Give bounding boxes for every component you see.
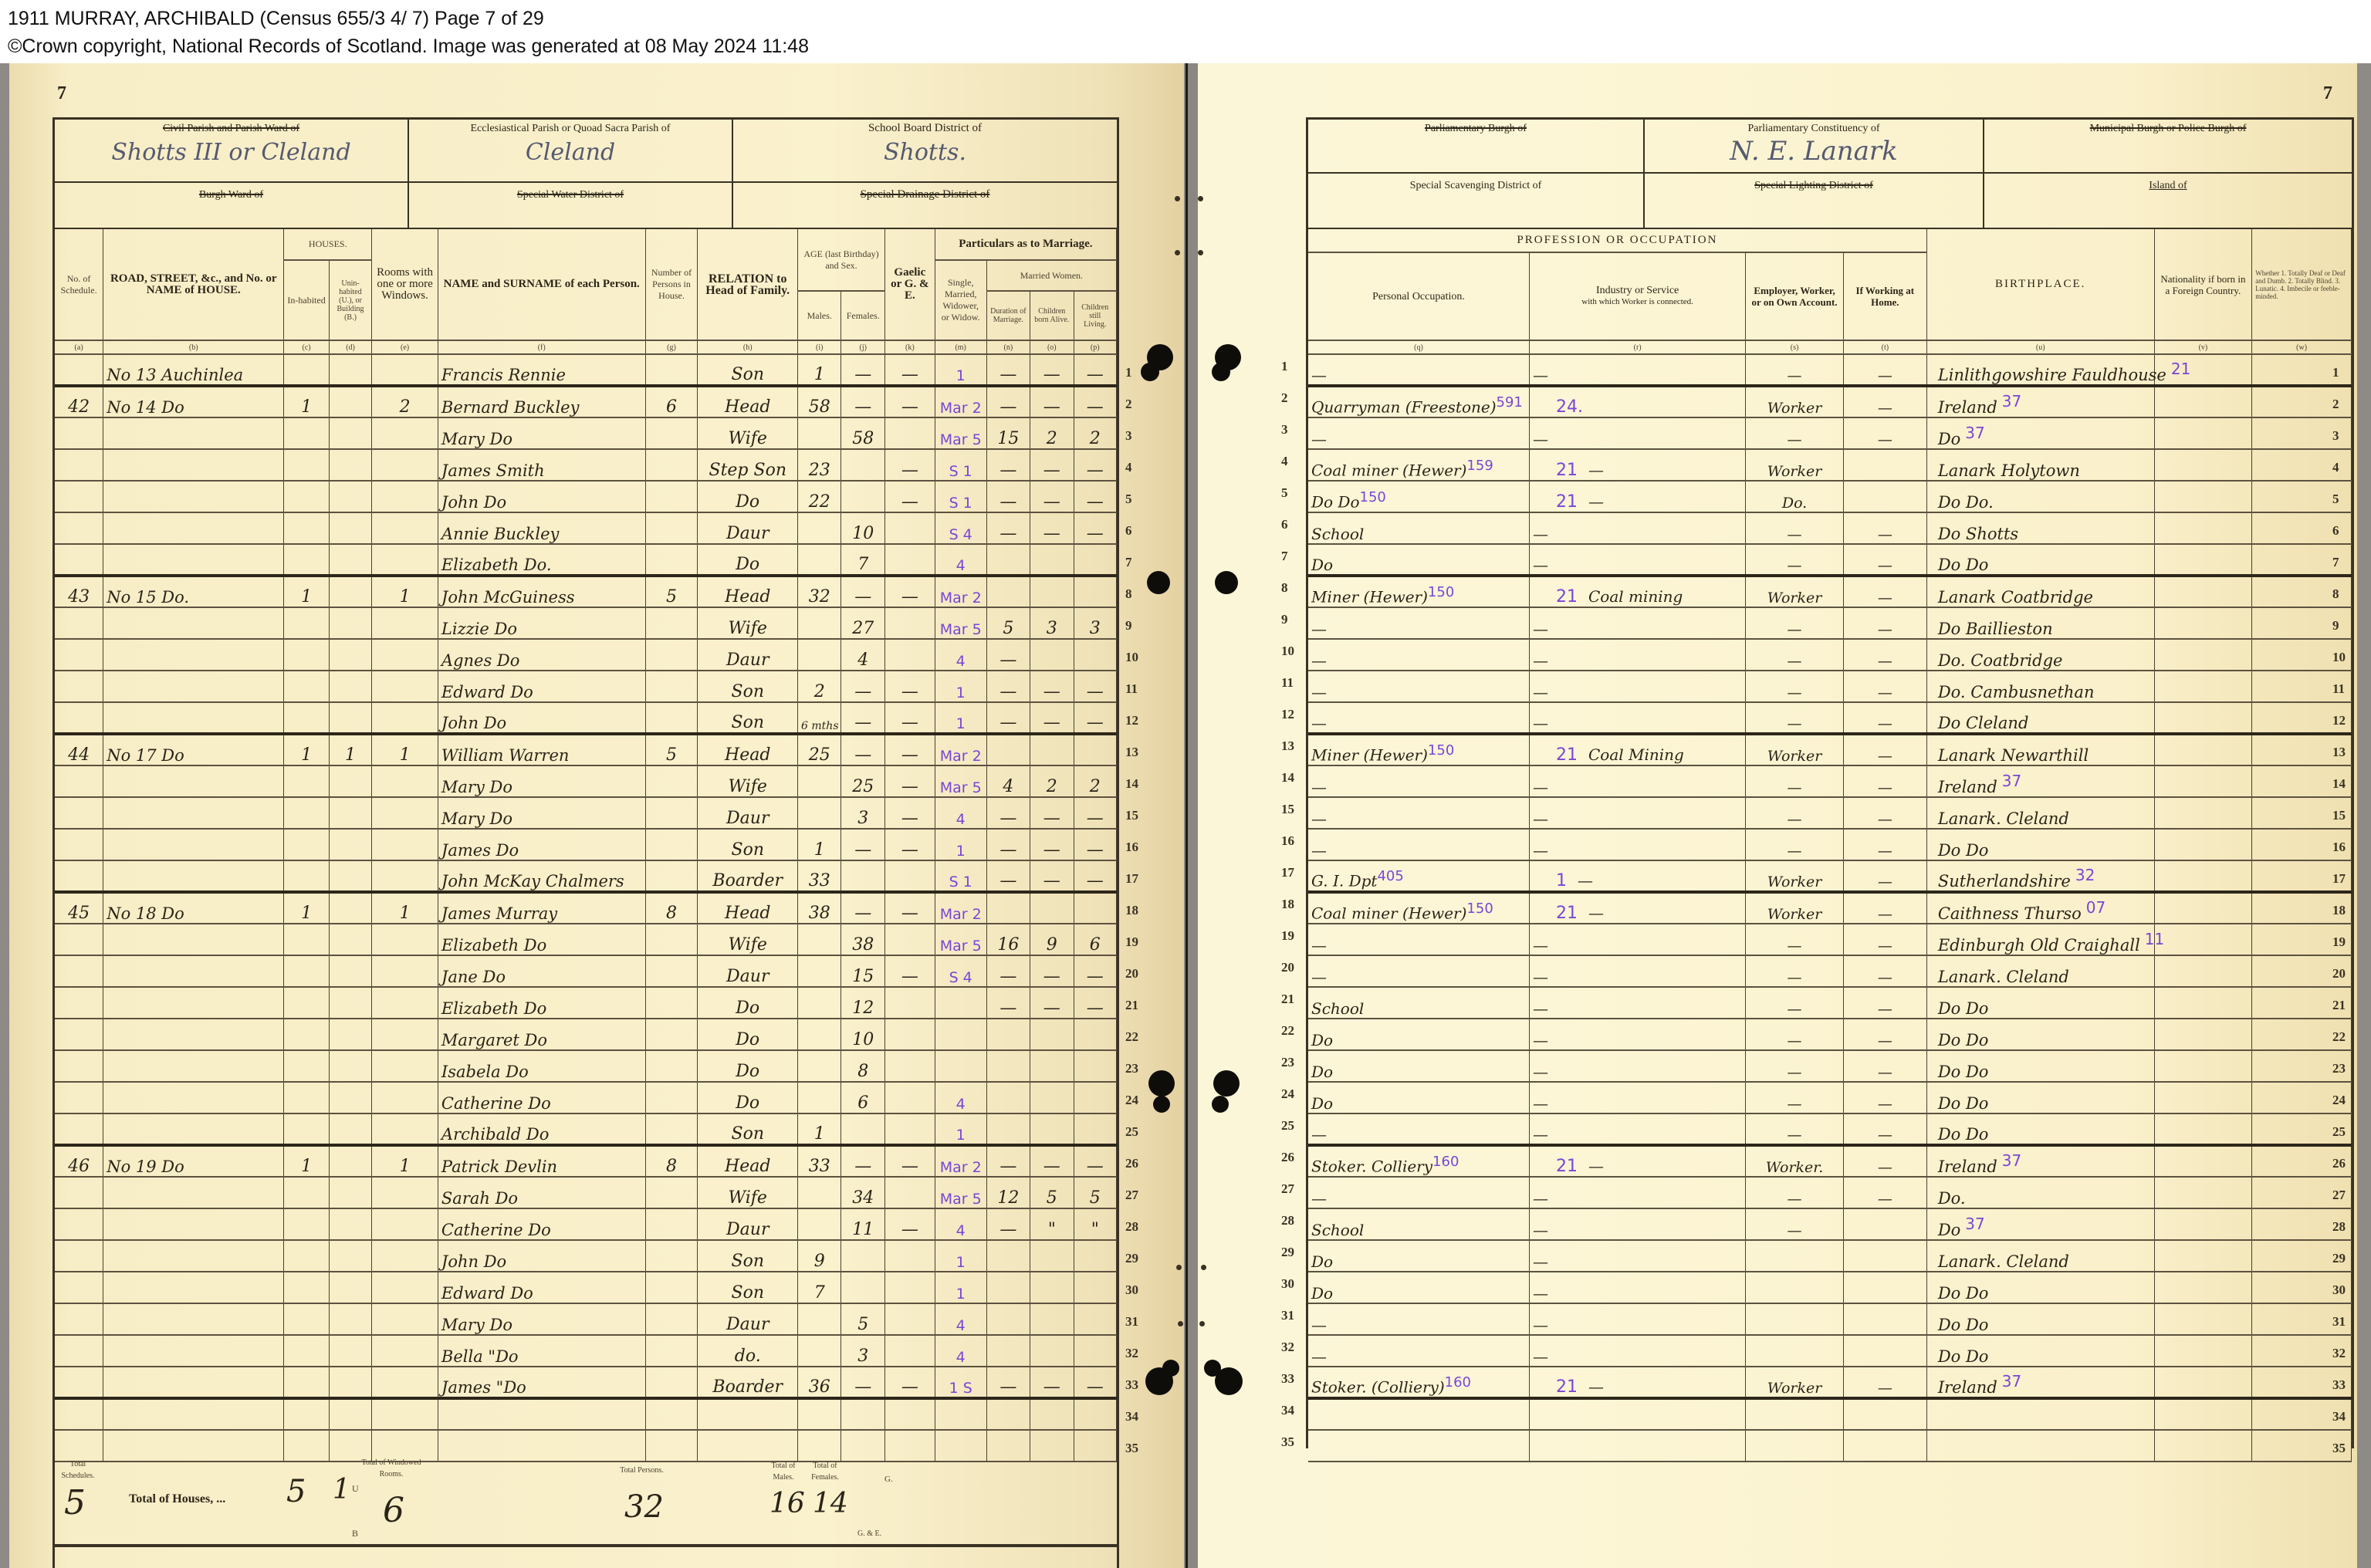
inhabited: [284, 481, 330, 512]
persons-count: [645, 1367, 698, 1398]
marriage-duration: [986, 1398, 1030, 1430]
occupation-row: [1308, 1430, 2352, 1462]
working-at-home: —: [1843, 1177, 1926, 1208]
age-female: 27: [841, 607, 884, 639]
person-name: Mary Do: [438, 797, 645, 829]
persons-count: [645, 955, 698, 987]
children-living: —: [1074, 512, 1117, 544]
working-at-home: —: [1843, 512, 1926, 544]
industry-text: —: [1578, 871, 1593, 890]
row-number: 11: [2332, 681, 2345, 697]
schedule-no: 46: [55, 1145, 103, 1177]
industry-code: 21: [1556, 1377, 1578, 1397]
marriage-duration: —: [986, 829, 1030, 860]
gaelic: —: [884, 797, 935, 829]
age-female: —: [841, 671, 884, 702]
marriage-duration: [986, 576, 1030, 607]
employer-status: —: [1746, 987, 1844, 1019]
industry-code: 21: [1556, 492, 1578, 512]
children-born: —: [1030, 702, 1074, 734]
uninhabited: [329, 354, 371, 386]
employer-status: [1746, 1272, 1844, 1303]
birthplace-text: Do Do: [1938, 1284, 1989, 1303]
inhabited: 1: [284, 576, 330, 607]
schedule-no: [55, 1367, 103, 1398]
address: No 13 Auchinlea: [103, 354, 284, 386]
row-number: 22: [1125, 1029, 1138, 1045]
persons-count: [645, 449, 698, 481]
census-row: 44No 17 Do111William Warren5Head25——Mar …: [55, 734, 1117, 765]
schedule-no: [55, 829, 103, 860]
occupation-text: —: [1311, 683, 1327, 701]
industry: —: [1529, 1177, 1745, 1208]
birthplace-text: Do Do: [1938, 1316, 1989, 1334]
marriage-duration: 4: [986, 765, 1030, 797]
children-born: [1030, 544, 1074, 576]
birthplace: Ireland37: [1926, 765, 2154, 797]
occupation-text: —: [1311, 430, 1327, 448]
row-number-left-margin: 20: [1281, 960, 1294, 975]
census-row: John DoDo22—S 1———: [55, 481, 1117, 512]
island-box: Island of: [1984, 174, 2352, 229]
uninhabited: [329, 1367, 371, 1398]
occupation-text: Stoker. (Colliery): [1311, 1378, 1445, 1397]
row-number-left-margin: 32: [1281, 1340, 1294, 1355]
row-number-left-margin: 5: [1281, 485, 1288, 501]
row-number: 15: [1125, 808, 1138, 823]
row-number: 24: [1125, 1093, 1138, 1108]
parl-constituency-value: N. E. Lanark: [1645, 136, 1983, 167]
age-male: [798, 955, 841, 987]
relation: Daur: [698, 797, 798, 829]
age-female: [841, 1113, 884, 1145]
col-houses: HOUSES.: [284, 229, 372, 260]
inhabited: [284, 639, 330, 671]
birthplace-text: Do Do: [1938, 841, 1989, 860]
marriage-duration: 5: [986, 607, 1030, 639]
col-males: Males.: [798, 291, 841, 340]
census-row: Edward DoSon71: [55, 1272, 1117, 1303]
industry: —: [1529, 1240, 1745, 1272]
birthplace: Do Do: [1926, 829, 2154, 860]
row-number: 17: [2332, 871, 2346, 887]
row-number-left-margin: 1: [1281, 359, 1288, 374]
birthplace-text: Do Do.: [1938, 493, 1994, 512]
children-born: [1030, 1050, 1074, 1082]
children-living: [1074, 1082, 1117, 1113]
uninhabited: [329, 1335, 371, 1367]
birthplace: Do37: [1926, 417, 2154, 449]
address: [103, 924, 284, 955]
children-living: [1074, 1240, 1117, 1272]
working-at-home: [1843, 449, 1926, 481]
row-number: 31: [1125, 1314, 1138, 1330]
occupation-text: School: [1311, 525, 1364, 543]
nationality: [2154, 1019, 2252, 1050]
address: [103, 1019, 284, 1050]
row-number-left-margin: 35: [1281, 1435, 1294, 1450]
inhabited: [284, 1335, 330, 1367]
gaelic: —: [884, 671, 935, 702]
relation: Daur: [698, 639, 798, 671]
working-at-home: —: [1843, 829, 1926, 860]
uninhabited: [329, 576, 371, 607]
col-letter: (s): [1746, 340, 1844, 354]
nationality: [2154, 639, 2252, 671]
row-number: 33: [1125, 1377, 1138, 1393]
census-row: 42No 14 Do12Bernard Buckley6Head58——Mar …: [55, 386, 1117, 417]
nationality: [2154, 607, 2252, 639]
marital-condition: S 4: [935, 512, 986, 544]
personal-occupation: —: [1308, 829, 1529, 860]
row-number: 7: [1125, 555, 1132, 570]
birthplace-code: 11: [2145, 930, 2164, 948]
row-number: 12: [1125, 713, 1138, 728]
age-male: [798, 797, 841, 829]
age-female: 38: [841, 924, 884, 955]
age-male: 32: [798, 576, 841, 607]
right-page: 7 Parliamentary Burgh of Special Scaveng…: [1198, 63, 2357, 1568]
marital-condition: 4: [935, 1082, 986, 1113]
schedule-no: [55, 924, 103, 955]
pin-hole: [1199, 1321, 1205, 1326]
address: No 18 Do: [103, 892, 284, 924]
address: No 14 Do: [103, 386, 284, 417]
address: [103, 1367, 284, 1398]
row-number: 13: [1125, 745, 1138, 760]
row-number-left-margin: 6: [1281, 517, 1288, 532]
row-number-left-margin: 4: [1281, 454, 1288, 469]
marriage-duration: [986, 544, 1030, 576]
rooms: [372, 1367, 438, 1398]
children-living: —: [1074, 955, 1117, 987]
age-male: [798, 1082, 841, 1113]
person-name: Elizabeth Do: [438, 924, 645, 955]
col-letter: (a): [55, 340, 103, 354]
persons-count: [645, 1240, 698, 1272]
occupation-row: Do———Do Do: [1308, 1050, 2352, 1082]
children-born: 5: [1030, 1177, 1074, 1208]
schedule-no: [55, 1177, 103, 1208]
children-living: [1074, 1050, 1117, 1082]
rooms: [372, 544, 438, 576]
row-number: 16: [2332, 840, 2346, 855]
relation: Wife: [698, 417, 798, 449]
row-number: 23: [1125, 1061, 1138, 1076]
row-number: 5: [2332, 492, 2339, 507]
nationality: [2154, 955, 2252, 987]
col-letter: (j): [841, 340, 884, 354]
employer-status: Worker: [1746, 1367, 1844, 1398]
children-living: 2: [1074, 417, 1117, 449]
schedule-no: [55, 544, 103, 576]
birthplace-text: Do Do: [1938, 1031, 1989, 1049]
birthplace: Do Do: [1926, 987, 2154, 1019]
age-female: [841, 860, 884, 892]
children-born: [1030, 1272, 1074, 1303]
marital-condition: S 4: [935, 955, 986, 987]
working-at-home: —: [1843, 607, 1926, 639]
industry-text: —: [1533, 1189, 1548, 1208]
age-male: [798, 417, 841, 449]
row-number: 15: [2332, 808, 2346, 823]
children-born: —: [1030, 354, 1074, 386]
birthplace-text: Ireland: [1938, 1157, 1997, 1176]
children-born: 2: [1030, 417, 1074, 449]
row-number-left-margin: 15: [1281, 802, 1294, 817]
industry-text: —: [1533, 1063, 1548, 1081]
punch-hole: [1162, 1360, 1179, 1377]
row-number-left-margin: 34: [1281, 1403, 1294, 1418]
industry: —: [1529, 987, 1745, 1019]
birthplace-text: Ireland: [1938, 778, 1997, 796]
schedule-no: [55, 1082, 103, 1113]
schedule-no: [55, 449, 103, 481]
census-row: Margaret DoDo10: [55, 1019, 1117, 1050]
children-living: 3: [1074, 607, 1117, 639]
row-number: 25: [1125, 1124, 1138, 1140]
row-number: 20: [1125, 966, 1138, 982]
rooms: 1: [372, 892, 438, 924]
employer-status: Worker: [1746, 860, 1844, 892]
relation: Head: [698, 734, 798, 765]
personal-occupation: School: [1308, 987, 1529, 1019]
children-born: —: [1030, 1367, 1074, 1398]
industry-text: —: [1588, 492, 1604, 511]
row-number: 10: [2332, 650, 2346, 665]
row-number: 25: [2332, 1124, 2346, 1140]
personal-occupation: Do: [1308, 1240, 1529, 1272]
rooms: [372, 417, 438, 449]
row-number-left-margin: 29: [1281, 1245, 1294, 1260]
inhabited: [284, 765, 330, 797]
rooms: [372, 449, 438, 481]
industry: —: [1529, 607, 1745, 639]
industry-text: —: [1588, 1157, 1604, 1175]
age-female: 10: [841, 512, 884, 544]
census-row: James "DoBoarder36——1 S———: [55, 1367, 1117, 1398]
children-living: —: [1074, 829, 1117, 860]
persons-count: [645, 1019, 698, 1050]
rooms: [372, 481, 438, 512]
person-name: John Do: [438, 481, 645, 512]
rooms: [372, 765, 438, 797]
total-males: 16: [769, 1488, 805, 1519]
census-row: Archibald DoSon11: [55, 1113, 1117, 1145]
persons-count: [645, 607, 698, 639]
col-born: Children born Alive.: [1030, 291, 1074, 340]
industry: —: [1529, 1303, 1745, 1335]
personal-occupation: Stoker. (Colliery)160: [1308, 1367, 1529, 1398]
occupation-row: Miner (Hewer)15021Coal miningWorker—Lana…: [1308, 576, 2352, 607]
uninhabited: [329, 1082, 371, 1113]
relation: Son: [698, 1113, 798, 1145]
row-number-left-margin: 11: [1281, 675, 1294, 691]
uninhabited: [329, 607, 371, 639]
uninhabited: [329, 955, 371, 987]
industry-text: —: [1533, 366, 1548, 384]
occupation-text: —: [1311, 620, 1327, 638]
gaelic: —: [884, 481, 935, 512]
rooms: [372, 512, 438, 544]
employer-status: —: [1746, 924, 1844, 955]
uninhabited: [329, 512, 371, 544]
personal-occupation: Coal miner (Hewer)150: [1308, 892, 1529, 924]
row-number-left-margin: 27: [1281, 1181, 1294, 1197]
nationality: [2154, 797, 2252, 829]
age-female: 11: [841, 1208, 884, 1240]
uninhabited: [329, 765, 371, 797]
occupation-text: School: [1311, 999, 1364, 1018]
persons-count: [645, 829, 698, 860]
persons-count: [645, 1303, 698, 1335]
age-female: 3: [841, 797, 884, 829]
industry: 24.: [1529, 386, 1745, 417]
marriage-duration: [986, 1082, 1030, 1113]
age-male: [798, 1177, 841, 1208]
occupation-text: —: [1311, 1189, 1327, 1208]
uninhabited: [329, 1050, 371, 1082]
working-at-home: —: [1843, 1367, 1926, 1398]
row-number: 31: [2332, 1314, 2346, 1330]
children-living: [1074, 1303, 1117, 1335]
rooms: [372, 1208, 438, 1240]
industry: 21—: [1529, 481, 1745, 512]
age-male: [798, 1303, 841, 1335]
marital-condition: 4: [935, 1208, 986, 1240]
occupation-text: Stoker. Colliery: [1311, 1157, 1432, 1176]
marital-condition: S 1: [935, 860, 986, 892]
schedule-no: [55, 1208, 103, 1240]
working-at-home: [1843, 1272, 1926, 1303]
nationality: [2154, 860, 2252, 892]
industry: —: [1529, 1208, 1745, 1240]
industry: [1529, 1430, 1745, 1462]
gutter-shadow: [1185, 63, 1188, 1568]
marital-condition: 1: [935, 829, 986, 860]
working-at-home: [1843, 1430, 1926, 1462]
uninhabited: [329, 829, 371, 860]
employer-status: [1746, 1430, 1844, 1462]
person-name: Elizabeth Do: [438, 987, 645, 1019]
pin-hole: [1175, 250, 1180, 255]
age-male: 1: [798, 354, 841, 386]
personal-occupation: —: [1308, 354, 1529, 386]
children-living: 2: [1074, 765, 1117, 797]
marital-condition: 1: [935, 1113, 986, 1145]
occupation-text: —: [1311, 778, 1327, 796]
row-number: 26: [1125, 1156, 1138, 1171]
uninhabited: [329, 1240, 371, 1272]
industry: 21—: [1529, 1145, 1745, 1177]
uninhabited: [329, 1145, 371, 1177]
census-row: James DoSon1——1———: [55, 829, 1117, 860]
children-born: [1030, 1019, 1074, 1050]
uninhabited: [329, 797, 371, 829]
col-schedule: No. of Schedule.: [55, 229, 103, 340]
occupation-row: Do———Do Do: [1308, 544, 2352, 576]
children-born: [1030, 1335, 1074, 1367]
address: [103, 544, 284, 576]
pin-hole: [1176, 1265, 1182, 1270]
working-at-home: —: [1843, 1019, 1926, 1050]
row-number: 28: [2332, 1219, 2346, 1235]
inhabited: [284, 829, 330, 860]
occupation-text: Coal miner (Hewer): [1311, 904, 1466, 923]
page-number-right: 7: [2323, 83, 2332, 104]
occupation-row: Coal miner (Hewer)15021—Worker—Caithness…: [1308, 892, 2352, 924]
industry-text: —: [1533, 1031, 1548, 1049]
census-row: John McKay ChalmersBoarder33S 1———: [55, 860, 1117, 892]
birthplace: Do Do: [1926, 1113, 2154, 1145]
occupation-row: School——Do37: [1308, 1208, 2352, 1240]
census-row: Mary DoDaur3—4———: [55, 797, 1117, 829]
schedule-no: [55, 1019, 103, 1050]
birthplace-code: 07: [2086, 898, 2105, 917]
row-number: 4: [1125, 460, 1132, 475]
inhabited: [284, 1177, 330, 1208]
working-at-home: —: [1843, 671, 1926, 702]
total-persons: 32: [624, 1489, 664, 1525]
birthplace: Ireland37: [1926, 1145, 2154, 1177]
marriage-duration: —: [986, 1367, 1030, 1398]
inhabited: [284, 797, 330, 829]
nationality: [2154, 1208, 2252, 1240]
marriage-duration: —: [986, 702, 1030, 734]
census-row: James SmithStep Son23—S 1———: [55, 449, 1117, 481]
totals-row: Total Schedules. 5 Total of Houses, ... …: [55, 1451, 1117, 1547]
marital-condition: Mar 2: [935, 892, 986, 924]
personal-occupation: G. I. Dpt405: [1308, 860, 1529, 892]
persons-count: [645, 671, 698, 702]
occupation-row: ————Linlithgowshire Fauldhouse21: [1308, 354, 2352, 386]
inhabited: [284, 607, 330, 639]
uninhabited: [329, 1272, 371, 1303]
address: No 17 Do: [103, 734, 284, 765]
inhabited: [284, 512, 330, 544]
persons-count: [645, 860, 698, 892]
total-houses-uninhabited: 1: [333, 1474, 350, 1505]
industry-text: —: [1533, 1252, 1548, 1271]
gaelic: [884, 860, 935, 892]
relation: Wife: [698, 607, 798, 639]
employer-status: —: [1746, 1082, 1844, 1113]
gaelic: —: [884, 386, 935, 417]
occupation-code: 159: [1466, 458, 1493, 474]
eccl-parish-value: Cleland: [409, 139, 732, 166]
occupation-code: 160: [1445, 1374, 1471, 1391]
rooms: 1: [372, 1145, 438, 1177]
col-name: NAME and SURNAME of each Person.: [438, 229, 645, 340]
image-caption: 1911 MURRAY, ARCHIBALD (Census 655/3 4/ …: [0, 0, 2371, 62]
rooms: [372, 1398, 438, 1430]
occupation-row: ————Lanark. Cleland: [1308, 797, 2352, 829]
children-living: —: [1074, 860, 1117, 892]
gaelic: [884, 924, 935, 955]
address: [103, 671, 284, 702]
birthplace: Do Do: [1926, 1303, 2154, 1335]
industry: 21—: [1529, 1367, 1745, 1398]
birthplace-text: Do Do: [1938, 1094, 1989, 1113]
col-letter: (o): [1030, 340, 1074, 354]
person-name: Margaret Do: [438, 1019, 645, 1050]
gaelic: —: [884, 1367, 935, 1398]
children-living: —: [1074, 386, 1117, 417]
uninhabited: [329, 1019, 371, 1050]
birthplace-text: Do: [1938, 1221, 1960, 1239]
occupation-row: School———Do Shotts: [1308, 512, 2352, 544]
industry-text: —: [1533, 1347, 1548, 1366]
